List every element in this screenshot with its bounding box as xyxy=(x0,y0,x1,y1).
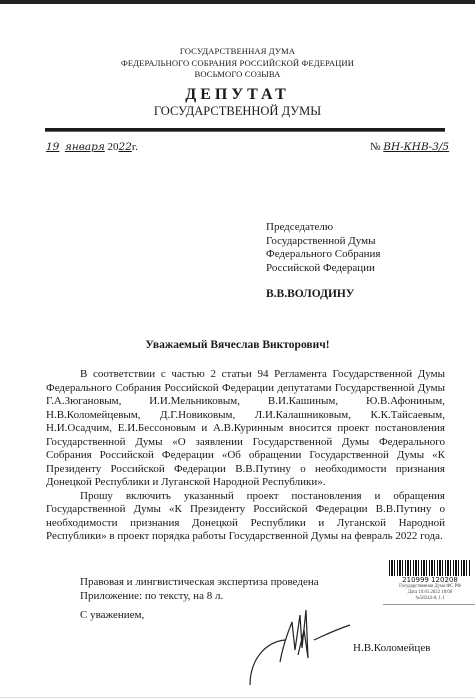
barcode-number: 210999 120208 xyxy=(383,576,475,584)
number-label: № xyxy=(370,141,381,153)
barcode xyxy=(389,560,471,576)
signer-name: Н.В.Коломейцев xyxy=(353,642,430,654)
body-paragraph: Прошу включить указанный проект постанов… xyxy=(46,490,445,544)
number-value: ВН-КНВ-3/5 xyxy=(383,141,449,153)
letterhead-divider xyxy=(45,128,445,132)
addressee-line: Государственной Думы xyxy=(266,235,380,249)
greeting: Уважаемый Вячеслав Викторович! xyxy=(0,339,475,351)
handwritten-signature xyxy=(240,600,360,695)
date-day: 19 xyxy=(46,141,59,153)
stamp-divider xyxy=(383,604,475,605)
stamp-reg: №58243-8; 1.1 xyxy=(383,596,475,602)
letter-body: В соответствии с частью 2 статьи 94 Регл… xyxy=(46,368,445,544)
page-edge xyxy=(0,697,475,698)
date-year-prefix: 20 xyxy=(108,141,119,153)
addressee-line: Российской Федерации xyxy=(266,262,380,276)
expertise-note: Правовая и лингвистическая экспертиза пр… xyxy=(80,575,319,589)
letterhead-line-3: ВОСЬМОГО СОЗЫВА xyxy=(0,69,475,81)
letterhead-subtitle: ГОСУДАРСТВЕННОЙ ДУМЫ xyxy=(0,104,475,118)
letter-date: 19 января 2022г. xyxy=(46,141,138,153)
notes-block: Правовая и лингвистическая экспертиза пр… xyxy=(80,575,319,603)
body-paragraph: В соответствии с частью 2 статьи 94 Регл… xyxy=(46,368,445,490)
letterhead-line-1: ГОСУДАРСТВЕННАЯ ДУМА xyxy=(0,46,475,58)
addressee-line: Федерального Собрания xyxy=(266,248,380,262)
letterhead-line-2: ФЕДЕРАЛЬНОГО СОБРАНИЯ РОССИЙСКОЙ ФЕДЕРАЦ… xyxy=(0,58,475,70)
registration-stamp: 210999 120208 Государственная Дума ФС РФ… xyxy=(383,560,475,605)
letterhead: ГОСУДАРСТВЕННАЯ ДУМА ФЕДЕРАЛЬНОГО СОБРАН… xyxy=(0,46,475,118)
closing: С уважением, xyxy=(80,609,144,621)
date-month: января xyxy=(65,141,105,153)
addressee-name: В.В.ВОЛОДИНУ xyxy=(266,288,380,302)
addressee-block: Председателю Государственной Думы Федера… xyxy=(266,221,380,302)
date-year-unit: г. xyxy=(132,141,138,153)
window-top-bar xyxy=(0,0,475,4)
letterhead-title: ДЕПУТАТ xyxy=(0,86,475,104)
date-year-suffix: 22 xyxy=(119,141,132,153)
addressee-line: Председателю xyxy=(266,221,380,235)
registration-number: № ВН-КНВ-3/5 xyxy=(370,141,449,153)
